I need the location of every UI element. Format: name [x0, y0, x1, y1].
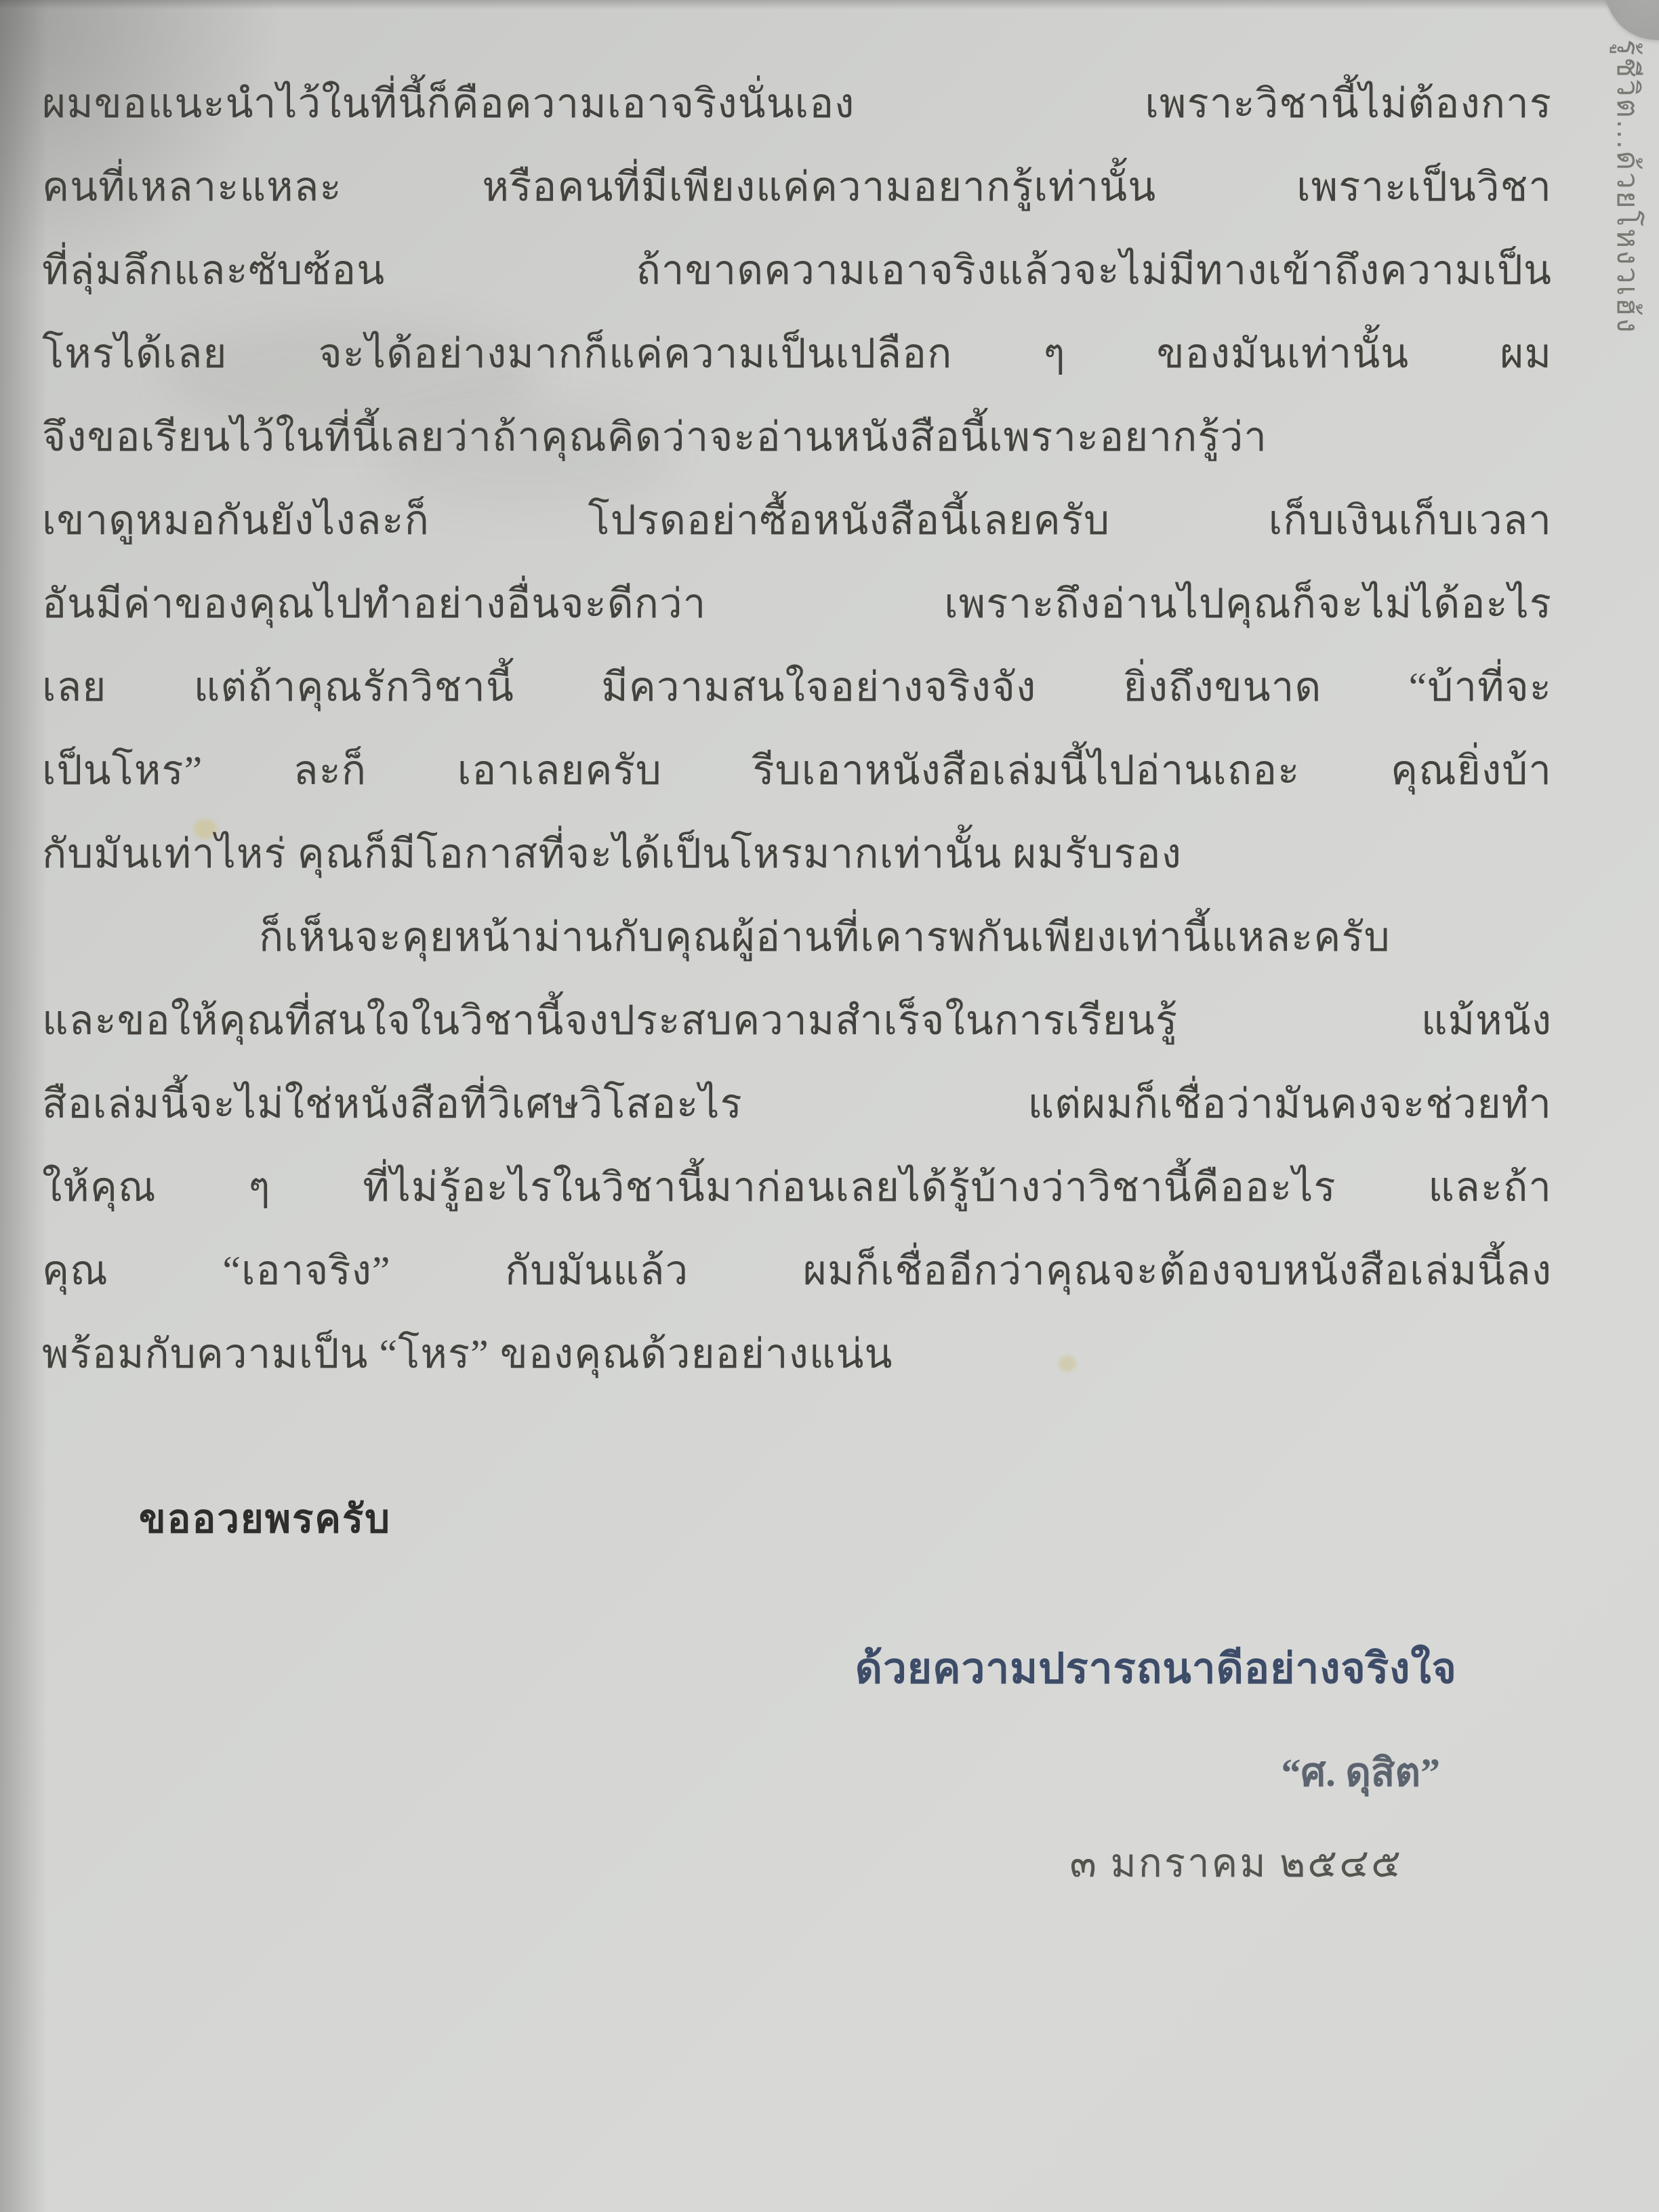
body-text-line: จึงขอเรียนไว้ในที่นี้เลยว่าถ้าคุณคิดว่าจ… — [42, 396, 1552, 479]
body-text-line: โหรได้เลย จะได้อย่างมากก็แค่ความเป็นเปลื… — [42, 312, 1552, 396]
body-text-line: และขอให้คุณที่สนใจในวิชานี้จงประสบความสำ… — [42, 979, 1552, 1063]
body-text-line: อันมีค่าของคุณไปทำอย่างอื่นจะดีกว่า เพรา… — [42, 562, 1552, 646]
body-text-line: ที่ลุ่มลึกและซับซ้อน ถ้าขาดความเอาจริงแล… — [42, 229, 1552, 312]
body-text-line: เขาดูหมอกันยังไงละก็ โปรดอย่าซื้อหนังสือ… — [42, 479, 1552, 562]
body-text-line: คนที่เหลาะแหละ หรือคนที่มีเพียงแค่ความอย… — [42, 146, 1552, 229]
date-line: ๓ มกราคม ๒๕๔๕ — [1069, 1830, 1403, 1898]
body-text-line: เป็นโหร” ละก็ เอาเลยครับ รีบเอาหนังสือเล… — [42, 729, 1552, 813]
page-corner-dot — [1605, 0, 1659, 40]
page-top-shadow — [0, 0, 1659, 9]
body-text-line: เลย แต่ถ้าคุณรักวิชานี้ มีความสนใจอย่างจ… — [42, 646, 1552, 729]
book-page-photo: รู้ชีวิต...ด้วยโหงวเฮ้ง ผมขอแนะนำไว้ในที… — [0, 0, 1659, 2212]
signature-line: “ศ. ดุสิต” — [1281, 1739, 1440, 1807]
body-text-line: สือเล่มนี้จะไม่ใช่หนังสือที่วิเศษวิโสอะไ… — [42, 1063, 1552, 1146]
body-text: ผมขอแนะนำไว้ในที่นี้ก็คือความเอาจริงนั่น… — [42, 62, 1552, 1396]
body-text-line: ผมขอแนะนำไว้ในที่นี้ก็คือความเอาจริงนั่น… — [42, 62, 1552, 146]
body-text-line: กับมันเท่าไหร่ คุณก็มีโอกาสที่จะได้เป็นโ… — [42, 813, 1552, 896]
body-text-line: พร้อมกับความเป็น “โหร” ของคุณด้วยอย่างแน… — [42, 1313, 1552, 1396]
page-gutter-shadow — [0, 0, 47, 2212]
body-text-line: ให้คุณ ๆ ที่ไม่รู้อะไรในวิชานี้มาก่อนเลย… — [42, 1146, 1552, 1229]
running-head-vertical: รู้ชีวิต...ด้วยโหงวเฮ้ง — [1603, 39, 1651, 500]
body-text-line: ก็เห็นจะคุยหน้าม่านกับคุณผู้อ่านที่เคารพ… — [42, 896, 1552, 979]
body-text-line: คุณ “เอาจริง” กับมันแล้ว ผมก็เชื่ออีกว่า… — [42, 1229, 1552, 1313]
closing-line: ด้วยความปรารถนาดีอย่างจริงใจ — [855, 1632, 1457, 1706]
blessing-line: ขออวยพรครับ — [139, 1477, 391, 1561]
